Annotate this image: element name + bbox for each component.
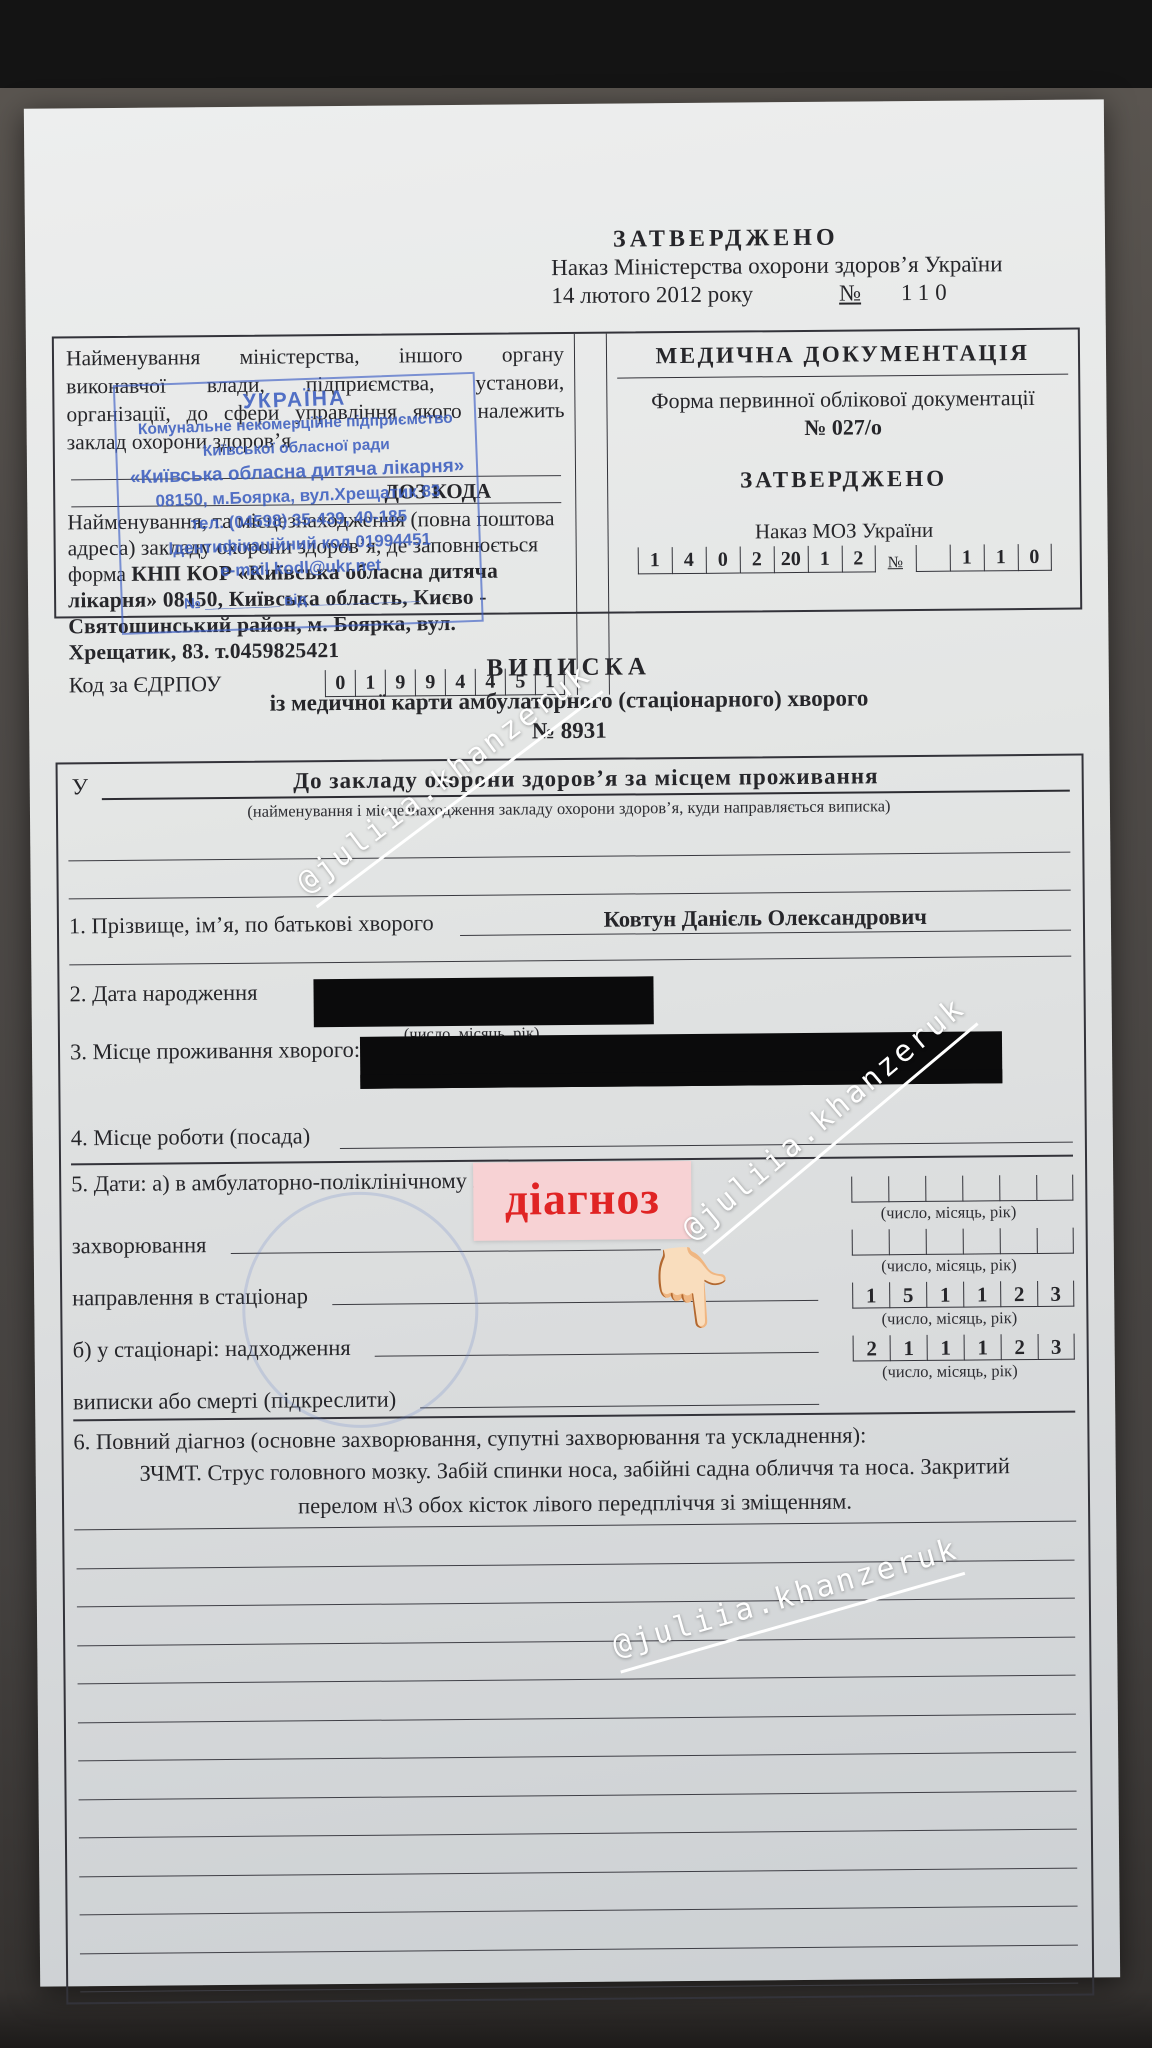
diagnosis-label: 6. Повний діагноз (основне захворювання,… [73,1421,1075,1456]
illness-label: захворювання [72,1232,207,1259]
destination-value: До закладу охорони здоров’я за місцем пр… [102,762,1070,800]
edrpou-row: Код за ЄДРПОУ 01994451 [69,667,567,699]
institution-address: Найменування, та місцезнаходження (повна… [67,505,566,665]
blank-line [68,853,1070,900]
date-caption: (число, місяць, рік) [824,1255,1074,1277]
date-boxes-empty-2 [824,1228,1074,1256]
blank-ruled-line [80,1945,1078,1992]
medical-documentation-cell: МЕДИЧНА ДОКУМЕНТАЦІЯ Форма первинної обл… [607,330,1081,695]
approval-date-line: 14 лютого 2012 року № 110 [551,278,1051,310]
date-unit: 211123 (число, місяць, рік) [825,1334,1075,1383]
residence-label: 3. Місце проживання хворого: [70,1037,360,1066]
destination-row: У До закладу охорони здоров’я за місцем … [68,762,1070,801]
institution-description: Найменування міністерства, іншого органу… [66,340,565,456]
form-number: № 027/о [616,413,1071,443]
doz-koda-entry: ДОЗ КОДА [71,476,561,507]
approval-order-line: Наказ Міністерства охорони здоров’я Укра… [551,250,1051,282]
date-caption: (число, місяць, рік) [824,1308,1074,1330]
faint-round-stamp [241,1191,479,1429]
date-boxes-discharge: 211123 [825,1334,1075,1362]
order-date-boxes: 14022012 [637,545,875,574]
medical-documentation-title: МЕДИЧНА ДОКУМЕНТАЦІЯ [617,340,1068,379]
approval-date: 14 лютого 2012 року [551,280,753,310]
story-top-bar [0,0,1152,88]
patient-name-label: 1. Прізвище, ім’я, по батькові хворого [69,910,434,939]
date-unit: (число, місяць, рік) [823,1175,1073,1224]
moz-order-date-row: 14022012 № 110 [617,544,1072,575]
date-boxes-admission: 151123 [824,1281,1074,1309]
destination-prefix: У [72,774,89,800]
approved-title-right: ЗАТВЕРДЖЕНО [616,465,1071,495]
birth-date-redaction [313,976,653,1027]
approval-no-label: № [839,279,861,307]
form-label: Форма первинної облікової документації [615,385,1070,415]
edrpou-label: Код за ЄДРПОУ [69,670,222,699]
date-unit: 151123 (число, місяць, рік) [824,1281,1074,1330]
header-table: Найменування міністерства, іншого органу… [52,328,1082,619]
diagnosis-text-line1: ЗЧМТ. Струс головного мозку. Забій спинк… [74,1451,1076,1490]
table-spacer-column [574,334,610,695]
date-caption: (число, місяць, рік) [825,1361,1075,1383]
pointing-down-finger-icon: 👇🏻 [639,1239,743,1337]
order-no-sign: № [875,554,915,572]
workplace-row: 4. Місце роботи (посада) [71,1099,1073,1152]
birth-date-label: 2. Дата народження [69,980,257,1008]
approval-header: ЗАТВЕРДЖЕНО Наказ Міністерства охорони з… [551,222,1052,310]
document-number: № 8931 [55,714,1083,749]
dates-right-column: (число, місяць, рік) (число, місяць, рік… [823,1163,1075,1409]
institution-cell: Найменування міністерства, іншого органу… [54,334,577,700]
discharge-blank [420,1404,819,1408]
document-photo: ЗАТВЕРДЖЕНО Наказ Міністерства охорони з… [0,88,1152,2048]
form-body: У До закладу охорони здоров’я за місцем … [56,754,1095,2005]
approved-title: ЗАТВЕРДЖЕНО [613,222,1051,254]
address-value: КНП КОР «Київська обласна дитяча лікарня… [68,559,498,665]
workplace-label: 4. Місце роботи (посада) [71,1123,311,1151]
diagnosis-section: 6. Повний діагноз (основне захворювання,… [73,1411,1080,1993]
moz-order-label: Наказ МОЗ України [616,517,1071,546]
order-no-boxes: 110 [915,544,1051,572]
approval-no-value: 110 [901,279,953,307]
diagnosis-sticker: діагноз [473,1161,692,1241]
date-boxes-empty-1 [823,1175,1073,1203]
date-caption: (число, місяць, рік) [823,1202,1073,1224]
workplace-blank [340,1142,1073,1149]
patient-name-value: Ковтун Данієль Олександрович [460,903,1071,936]
date-unit: (число, місяць, рік) [824,1228,1074,1277]
